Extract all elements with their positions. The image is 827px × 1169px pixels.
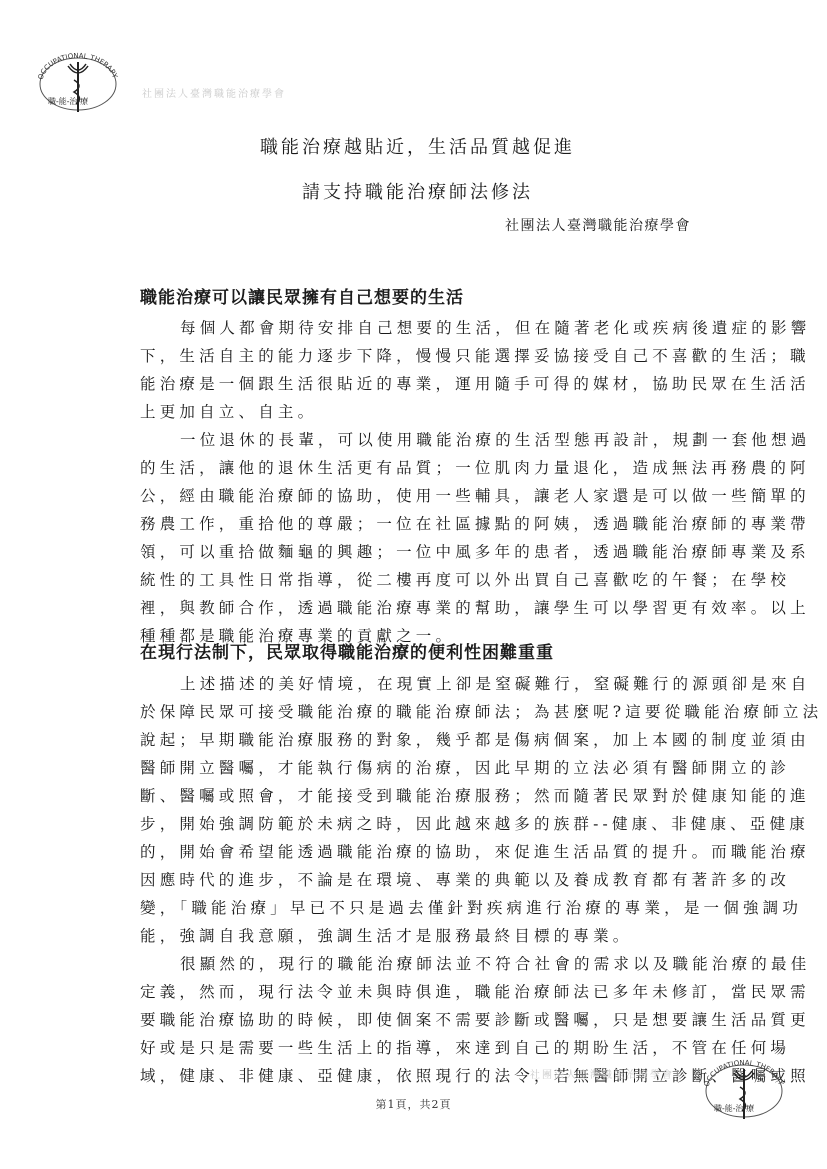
text-line: 變，「職能治療」早已不只是過去僅針對疾病進行治療的專業，是一個強調功 — [140, 894, 685, 922]
text-line: 好或是只是需要一些生活上的指導，來達到自己的期盼生活，不管在任何場 — [140, 1034, 685, 1062]
text-line: 醫師開立醫囑，才能執行傷病的治療，因此早期的立法必須有醫師開立的診 — [140, 754, 685, 782]
document-page: OCCUPATIONAL THERAPY 職-能-治-療 社團法人臺灣職能治療學… — [0, 0, 827, 1169]
document-title: 職能治療越貼近，生活品質越促進 — [260, 133, 575, 159]
paragraph: 每個人都會期待安排自己想要的生活，但在隨著老化或疾病後遺症的影響 下，生活自主的… — [140, 314, 685, 426]
caduceus-logo-icon: OCCUPATIONAL THERAPY 職-能-治-療 — [34, 46, 122, 116]
paragraph: 上述描述的美好情境，在現實上卻是窒礙難行，窒礙難行的源頭卻是來自 於保障民眾可接… — [140, 670, 685, 894]
document-subtitle: 請支持職能治療師法修法 — [302, 178, 533, 204]
text-line: 每個人都會期待安排自己想要的生活，但在隨著老化或疾病後遺症的影響 — [140, 314, 685, 342]
footer-watermark: 社團法人臺灣職能治療學會 — [530, 1066, 674, 1081]
text-line: 很顯然的，現行的職能治療師法並不符合社會的需求以及職能治療的最佳 — [140, 950, 685, 978]
svg-text:職-能-治-療: 職-能-治-療 — [48, 96, 88, 106]
text-line: 統性的工具性日常指導，從二樓再度可以外出買自己喜歡吃的午餐；在學校 — [140, 566, 685, 594]
page-indicator: 第1頁，共2頁 — [0, 1096, 827, 1112]
paragraph-continued: 變，「職能治療」早已不只是過去僅針對疾病進行治療的專業，是一個強調功 能，強調自… — [140, 894, 685, 950]
text-line: 領，可以重拾做麵龜的興趣；一位中風多年的患者，透過職能治療師專業及系 — [140, 538, 685, 566]
text-line: 上更加自立、自主。 — [140, 398, 685, 426]
text-line: 務農工作，重拾他的尊嚴；一位在社區據點的阿姨，透過職能治療師的專業帶 — [140, 510, 685, 538]
text-line: 裡，與教師合作，透過職能治療專業的幫助，讓學生可以學習更有效率。以上 — [140, 594, 685, 622]
text-line: 下，生活自主的能力逐步下降，慢慢只能選擇妥協接受自己不喜歡的生活；職 — [140, 342, 685, 370]
caduceus-logo-icon: OCCUPATIONAL THERAPY 職-能-治-療 — [700, 1053, 788, 1123]
occupational-therapy-logo: OCCUPATIONAL THERAPY 職-能-治-療 — [34, 46, 122, 116]
text-line: 能治療是一個跟生活很貼近的專業，運用隨手可得的媒材，協助民眾在生活活 — [140, 370, 685, 398]
occupational-therapy-logo: OCCUPATIONAL THERAPY 職-能-治-療 — [700, 1053, 788, 1123]
text-line: 要職能治療協助的時候，即使個案不需要診斷或醫囑，只是想要讓生活品質更 — [140, 1006, 685, 1034]
text-line: 於保障民眾可接受職能治療的職能治療師法；為甚麼呢?這要從職能治療師立法 — [140, 698, 685, 726]
text-line: 說起；早期職能治療服務的對象，幾乎都是傷病個案，加上本國的制度並須由 — [140, 726, 685, 754]
text-line: 斷、醫囑或照會，才能接受到職能治療服務；然而隨著民眾對於健康知能的進 — [140, 782, 685, 810]
section-heading: 在現行法制下，民眾取得職能治療的便利性困難重重 — [140, 638, 554, 663]
header-watermark: 社團法人臺灣職能治療學會 — [142, 85, 286, 100]
text-line: 的生活，讓他的退休生活更有品質；一位肌肉力量退化，造成無法再務農的阿 — [140, 454, 685, 482]
author-organization: 社團法人臺灣職能治療學會 — [505, 215, 691, 235]
text-line: 的，開始會希望能透過職能治療的協助，來促進生活品質的提升。而職能治療 — [140, 838, 685, 866]
section-heading: 職能治療可以讓民眾擁有自己想要的生活 — [140, 283, 464, 308]
text-line: 一位退休的長輩，可以使用職能治療的生活型態再設計，規劃一套他想過 — [140, 426, 685, 454]
text-line: 步，開始強調防範於未病之時，因此越來越多的族群--健康、非健康、亞健康 — [140, 810, 685, 838]
text-line: 定義，然而，現行法令並未與時俱進，職能治療師法已多年未修訂，當民眾需 — [140, 978, 685, 1006]
text-line: 能，強調自我意願，強調生活才是服務最終目標的專業。 — [140, 922, 685, 950]
text-line: 上述描述的美好情境，在現實上卻是窒礙難行，窒礙難行的源頭卻是來自 — [140, 670, 685, 698]
text-line: 因應時代的進步，不論是在環境、專業的典範以及養成教育都有著許多的改 — [140, 866, 685, 894]
paragraph: 一位退休的長輩，可以使用職能治療的生活型態再設計，規劃一套他想過 的生活，讓他的… — [140, 426, 685, 650]
text-line: 公，經由職能治療師的協助，使用一些輔具，讓老人家還是可以做一些簡單的 — [140, 482, 685, 510]
